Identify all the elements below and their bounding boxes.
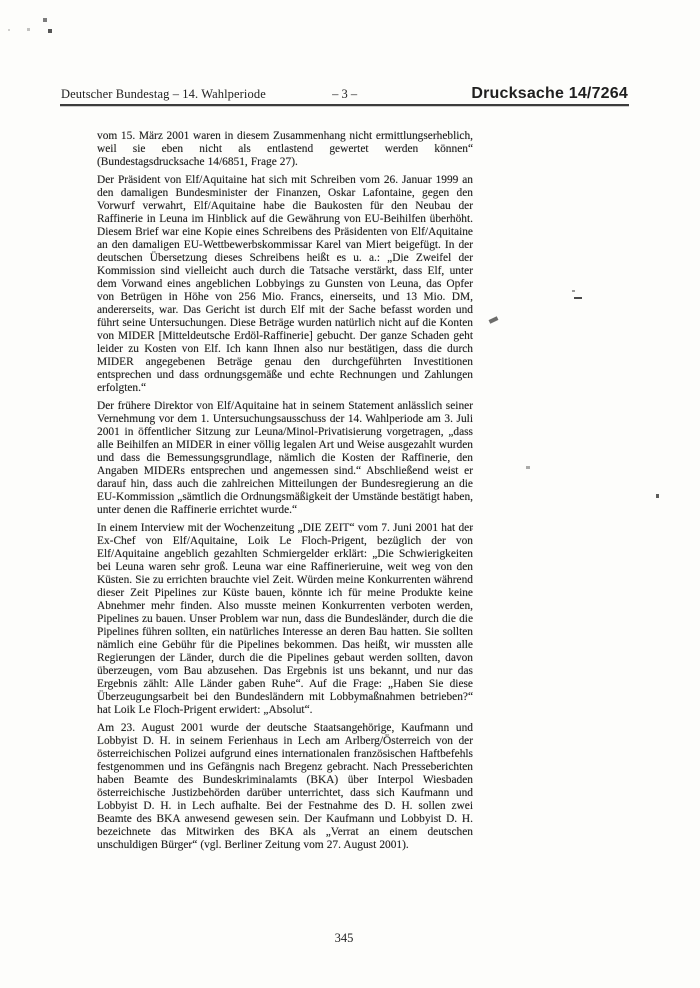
page-footer: 345 xyxy=(60,931,628,946)
page-number: 345 xyxy=(335,931,354,945)
scan-speck xyxy=(8,29,10,31)
document-body: vom 15. März 2001 waren in diesem Zusamm… xyxy=(97,130,473,857)
body-paragraph-2: Der Präsident von Elf/Aquitaine hat sich… xyxy=(97,174,473,395)
document-page: Deutscher Bundestag – 14. Wahlperiode – … xyxy=(0,0,700,988)
body-paragraph-5: Am 23. August 2001 wurde der deutsche St… xyxy=(97,722,473,852)
header-page-marker: – 3 – xyxy=(332,87,357,102)
scan-speck xyxy=(43,18,47,22)
body-paragraph-1: vom 15. März 2001 waren in diesem Zusamm… xyxy=(97,130,473,169)
scan-speck xyxy=(48,29,52,33)
header-document-number: Drucksache 14/7264 xyxy=(471,85,628,103)
scan-speck xyxy=(489,316,499,323)
scan-speck xyxy=(526,466,530,469)
body-paragraph-4: In einem Interview mit der Wochenzeitung… xyxy=(97,522,473,717)
page-header: Deutscher Bundestag – 14. Wahlperiode – … xyxy=(61,85,628,103)
scan-speck xyxy=(27,28,30,31)
scan-speck xyxy=(574,297,582,299)
scan-speck xyxy=(572,290,575,292)
scan-speck xyxy=(656,494,659,498)
header-rule xyxy=(60,104,629,106)
body-paragraph-3: Der frühere Direktor von Elf/Aquitaine h… xyxy=(97,400,473,517)
header-parliament-label: Deutscher Bundestag – 14. Wahlperiode xyxy=(61,87,266,102)
